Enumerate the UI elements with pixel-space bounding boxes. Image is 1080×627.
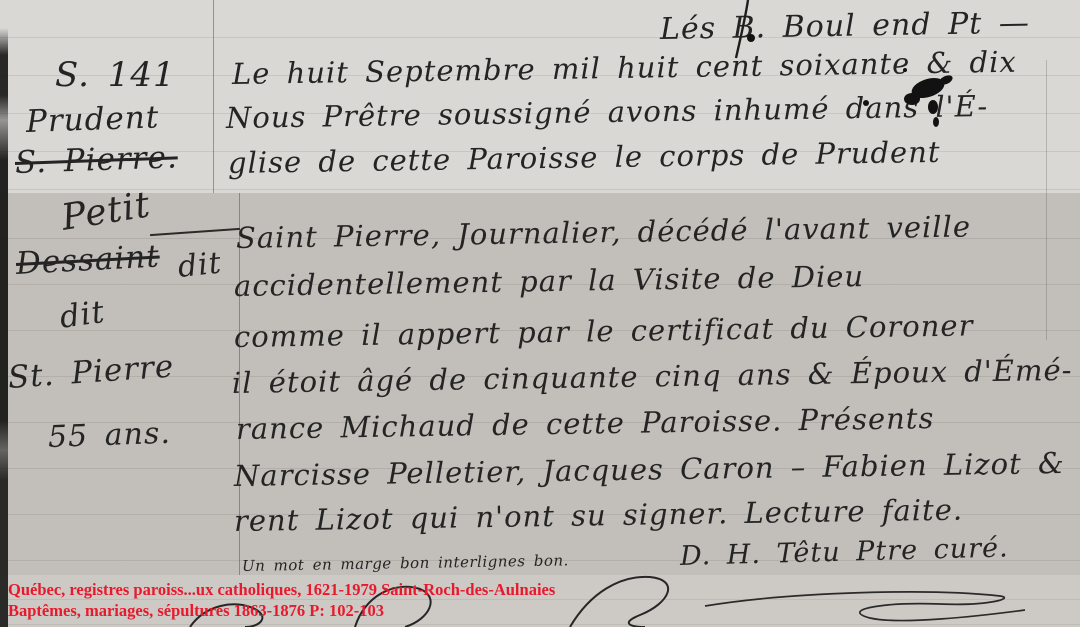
archive-source-caption: Québec, registres paroiss...ux catholiqu…	[8, 579, 555, 621]
ink-blot	[0, 0, 1080, 627]
register-page-scan: Lés B. Boul end Pt — S. 141 Prudent S. P…	[0, 0, 1080, 627]
archive-source-line-1: Québec, registres paroiss...ux catholiqu…	[8, 579, 555, 600]
stray-pen-stroke	[736, 0, 748, 58]
archive-source-line-2: Baptêmes, mariages, sépultures 1863-1876…	[8, 600, 555, 621]
